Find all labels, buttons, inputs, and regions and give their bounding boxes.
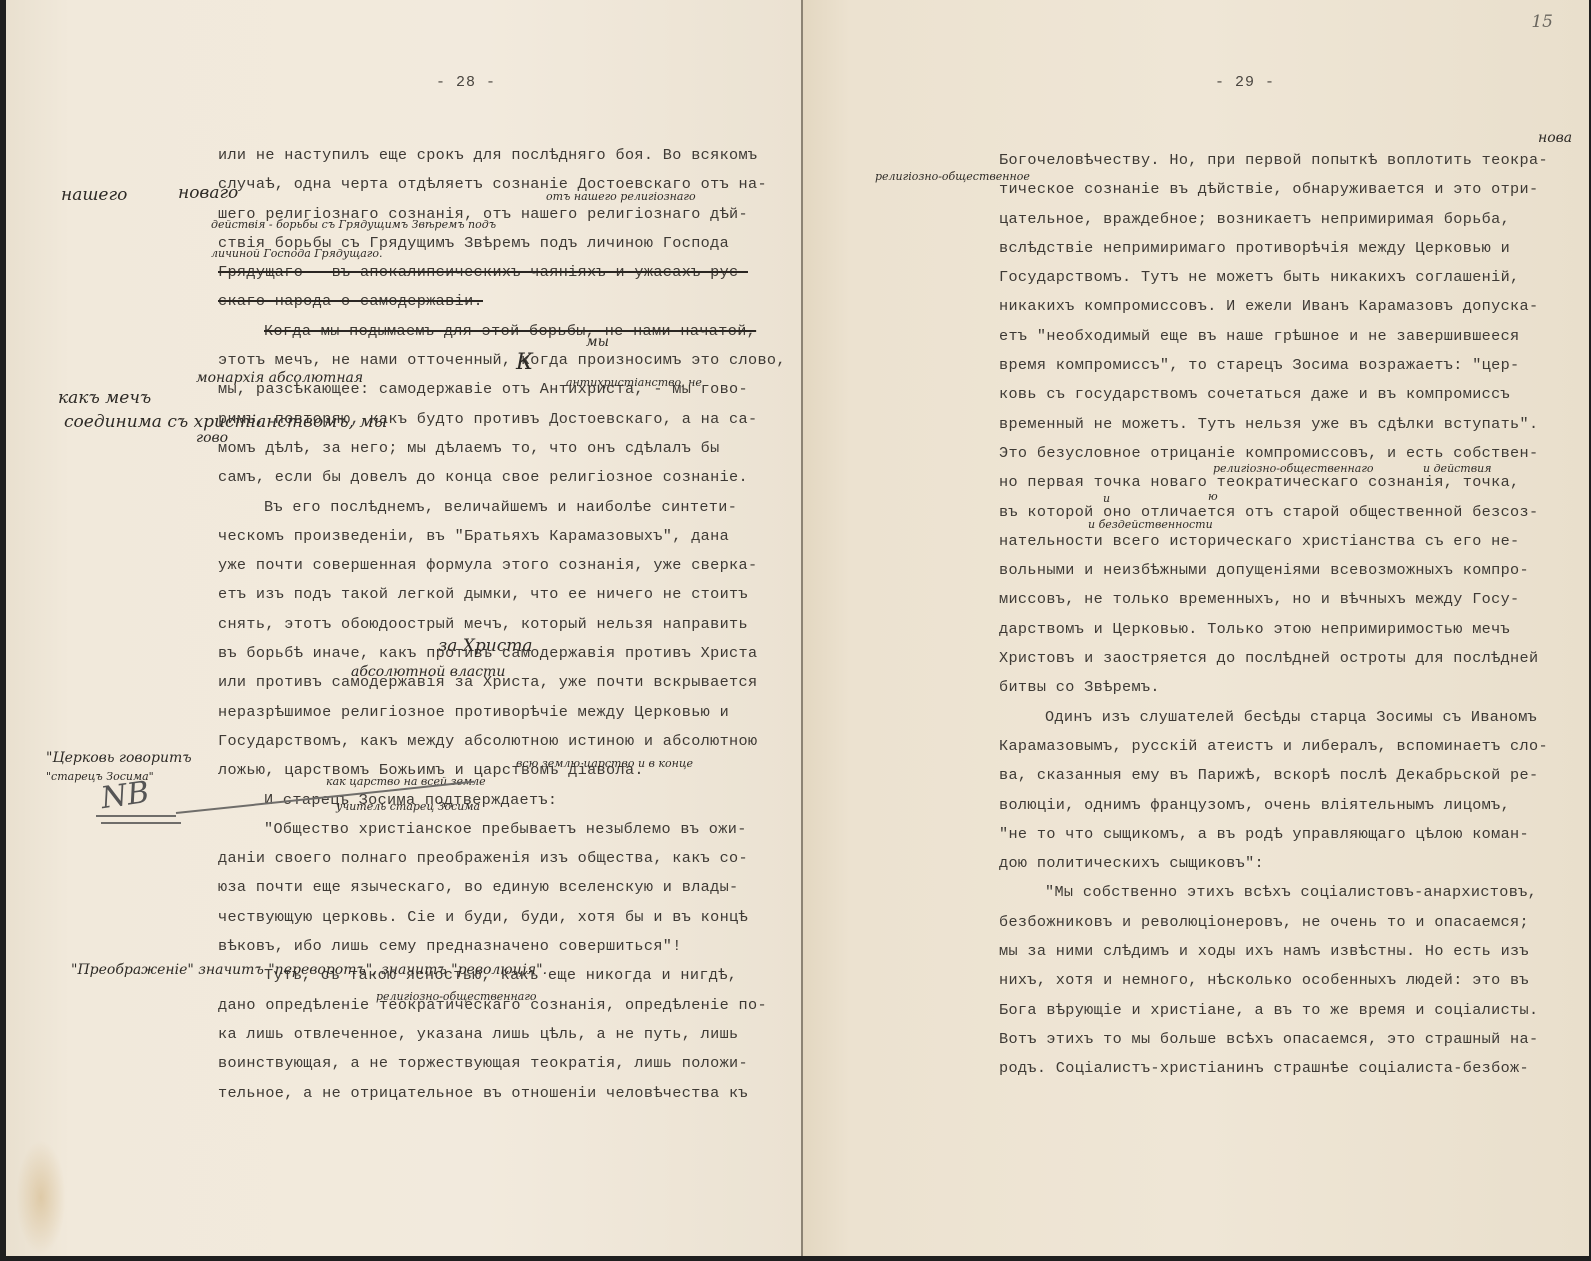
- text-line: уже почти совершенная формула этого созн…: [218, 551, 786, 580]
- text-line: "не то что сыщикомъ, а въ родѣ управляющ…: [999, 820, 1548, 849]
- interlinear-note: всю землю царство и в конце: [516, 757, 693, 770]
- text-line: "Мы собственно этихъ всѣхъ соцiалистовъ-…: [999, 878, 1548, 907]
- text-line: временный не можетъ. Тутъ нельзя уже въ …: [999, 410, 1548, 439]
- text-line: снять, этотъ обоюдоострый мечъ, который …: [218, 610, 786, 639]
- interlinear-note: и действия: [1423, 462, 1492, 475]
- text-line: Карамазовымъ, русскiй атеистъ и либералъ…: [999, 732, 1548, 761]
- page-number: - 28 -: [436, 74, 496, 91]
- text-line: ва, сказанныя ему въ Парижѣ, вскорѣ посл…: [999, 761, 1548, 790]
- interlinear-note: мы: [586, 334, 609, 350]
- book-spread: - 28 - или не наступилъ еще срокъ для по…: [6, 0, 1591, 1256]
- interlinear-note: религiозно-общественнаго: [1213, 462, 1374, 475]
- text-line: тическое сознанiе въ дѣйствiе, обнаружив…: [999, 175, 1548, 204]
- text-line: ческомъ произведенiи, въ "Братьяхъ Карам…: [218, 522, 786, 551]
- margin-note: нашего: [61, 185, 127, 205]
- interlinear-note: абсолютной власти: [351, 664, 505, 680]
- page-number: - 29 -: [1215, 74, 1275, 91]
- text-line: Когда мы подымаемъ для этой борьбы, не н…: [218, 317, 786, 346]
- interlinear-note: нова: [1538, 130, 1572, 146]
- text-line: Грядущаго - въ апокалипсическихъ чаянiях…: [218, 258, 786, 287]
- margin-note: какъ мечъ: [58, 388, 151, 408]
- text-line: ковь съ государствомъ сочетаться даже и …: [999, 380, 1548, 409]
- text-line: ка лишь отвлеченное, указана лишь цѣль, …: [218, 1020, 786, 1049]
- insertion-mark: К: [516, 350, 533, 375]
- text-line: момъ дѣлѣ, за него; мы дѣлаемъ то, что о…: [218, 434, 786, 463]
- text-line: мы за ними слѣдимъ и ходы ихъ намъ извѣс…: [999, 937, 1548, 966]
- text-line: Христовъ и заостряется до послѣдней остр…: [999, 644, 1548, 673]
- text-line: Богочеловѣчеству. Но, при первой попыткѣ…: [999, 146, 1548, 175]
- text-line: битвы со Звѣремъ.: [999, 673, 1548, 702]
- text-line: Государствомъ, какъ между абсолютною ист…: [218, 727, 786, 756]
- text-line: етъ "необходимый еще въ наше грѣшное и н…: [999, 322, 1548, 351]
- text-line: Вотъ этихъ то мы больше всѣхъ опасаемся,…: [999, 1025, 1548, 1054]
- margin-note: соединима съ христiанствомъ, мы: [64, 412, 387, 432]
- text-line: дарствомъ и Церковью. Только этою неприм…: [999, 615, 1548, 644]
- text-line: Бога вѣрующiе и христiане, а въ то же вр…: [999, 996, 1548, 1025]
- interlinear-note: за Христа: [438, 636, 533, 656]
- interlinear-note: действiя - борьбы съ Грядущимъ Звѣремъ п…: [211, 218, 496, 231]
- left-page: - 28 - или не наступилъ еще срокъ для по…: [6, 0, 803, 1256]
- text-line: етъ изъ подъ такой легкой дымки, что ее …: [218, 580, 786, 609]
- interlinear-note: и бездейственности: [1088, 518, 1213, 531]
- text-line: воинствующая, а не торжествующая теократ…: [218, 1049, 786, 1078]
- text-line: Въ его послѣднемъ, величайшемъ и наиболѣ…: [218, 493, 786, 522]
- interlinear-note: учитель старец Зосима: [336, 800, 480, 813]
- nota-bene-mark: NB: [99, 775, 152, 816]
- margin-note: "Церковь говоритъ: [46, 750, 192, 766]
- paper-stain: [16, 1140, 66, 1255]
- text-line: скаго народа о самодержавiи.: [218, 287, 786, 316]
- interlinear-note: антихристiанство, не: [566, 376, 702, 389]
- text-line: случаѣ, одна черта отдѣляетъ сознанiе До…: [218, 170, 786, 199]
- text-line: родъ. Соцiалистъ-христiанинъ страшнѣе со…: [999, 1054, 1548, 1083]
- interlinear-note: личиной Господа Грядущаго.: [211, 247, 382, 260]
- pencil-underline: [96, 815, 176, 817]
- interlinear-note: религiозно-общественнаго: [376, 990, 537, 1003]
- interlinear-note: и: [1103, 492, 1110, 505]
- pencil-underline: [101, 822, 181, 824]
- right-page: 15 - 29 - Богочеловѣчеству. Но, при перв…: [803, 0, 1589, 1256]
- margin-note: "Преображенiе" значитъ "переворотъ", зна…: [71, 962, 547, 978]
- interlinear-note: монархiя абсолютная: [196, 370, 363, 386]
- archive-folio-number: 15: [1531, 12, 1553, 32]
- text-line: ложью, царствомъ Божьимъ и царствомъ дiа…: [218, 756, 786, 785]
- text-line: безбожниковъ и революцiонеровъ, не очень…: [999, 908, 1548, 937]
- text-line: дою политическихъ сыщиковъ":: [999, 849, 1548, 878]
- text-line: данiи своего полнаго преображенiя изъ об…: [218, 844, 786, 873]
- text-line: никакихъ компромиссовъ. И ежели Иванъ Ка…: [999, 292, 1548, 321]
- text-line: неразрѣшимое религiозное противорѣчiе ме…: [218, 698, 786, 727]
- interlinear-note: ю: [1208, 490, 1218, 503]
- text-line: самъ, если бы довелъ до конца свое религ…: [218, 463, 786, 492]
- margin-note: новаго: [178, 183, 238, 203]
- text-line: въ которой оно отличается отъ старой общ…: [999, 498, 1548, 527]
- text-line: время компромиссъ", то старецъ Зосима во…: [999, 351, 1548, 380]
- text-line: волюцiи, однимъ французомъ, очень влiяте…: [999, 791, 1548, 820]
- text-line: чествующую церковь. Сiе и буди, буди, хо…: [218, 903, 786, 932]
- text-line: или не наступилъ еще срокъ для послѣдняг…: [218, 141, 786, 170]
- text-line: вѣковъ, ибо лишь сему предназначено сове…: [218, 932, 786, 961]
- text-line: нихъ, хотя и немного, нѣсколько особенны…: [999, 966, 1548, 995]
- text-line: тельное, а не отрицательное въ отношенiи…: [218, 1079, 786, 1108]
- text-line: цательное, враждебное; возникаетъ неприм…: [999, 205, 1548, 234]
- text-line: миссовъ, не только временныхъ, но и вѣчн…: [999, 585, 1548, 614]
- text-line: Одинъ изъ слушателей бесѣды старца Зосим…: [999, 703, 1548, 732]
- text-line: вслѣдствiе непримиримаго противорѣчiя ме…: [999, 234, 1548, 263]
- text-line: юза почти еще языческаго, во единую всел…: [218, 873, 786, 902]
- margin-note: религiозно-общественное: [875, 170, 1030, 183]
- margin-note: гово: [196, 430, 228, 446]
- text-line: нательности всего историческаго христiан…: [999, 527, 1548, 556]
- text-line: "Общество христiанское пребываетъ незыбл…: [218, 815, 786, 844]
- text-line: Государствомъ. Тутъ не можетъ быть никак…: [999, 263, 1548, 292]
- text-line: вольными и неизбѣжными допущенiями всево…: [999, 556, 1548, 585]
- interlinear-note: отъ нашего религiознаго: [546, 190, 696, 203]
- typed-text-block: Богочеловѣчеству. Но, при первой попыткѣ…: [999, 146, 1548, 1084]
